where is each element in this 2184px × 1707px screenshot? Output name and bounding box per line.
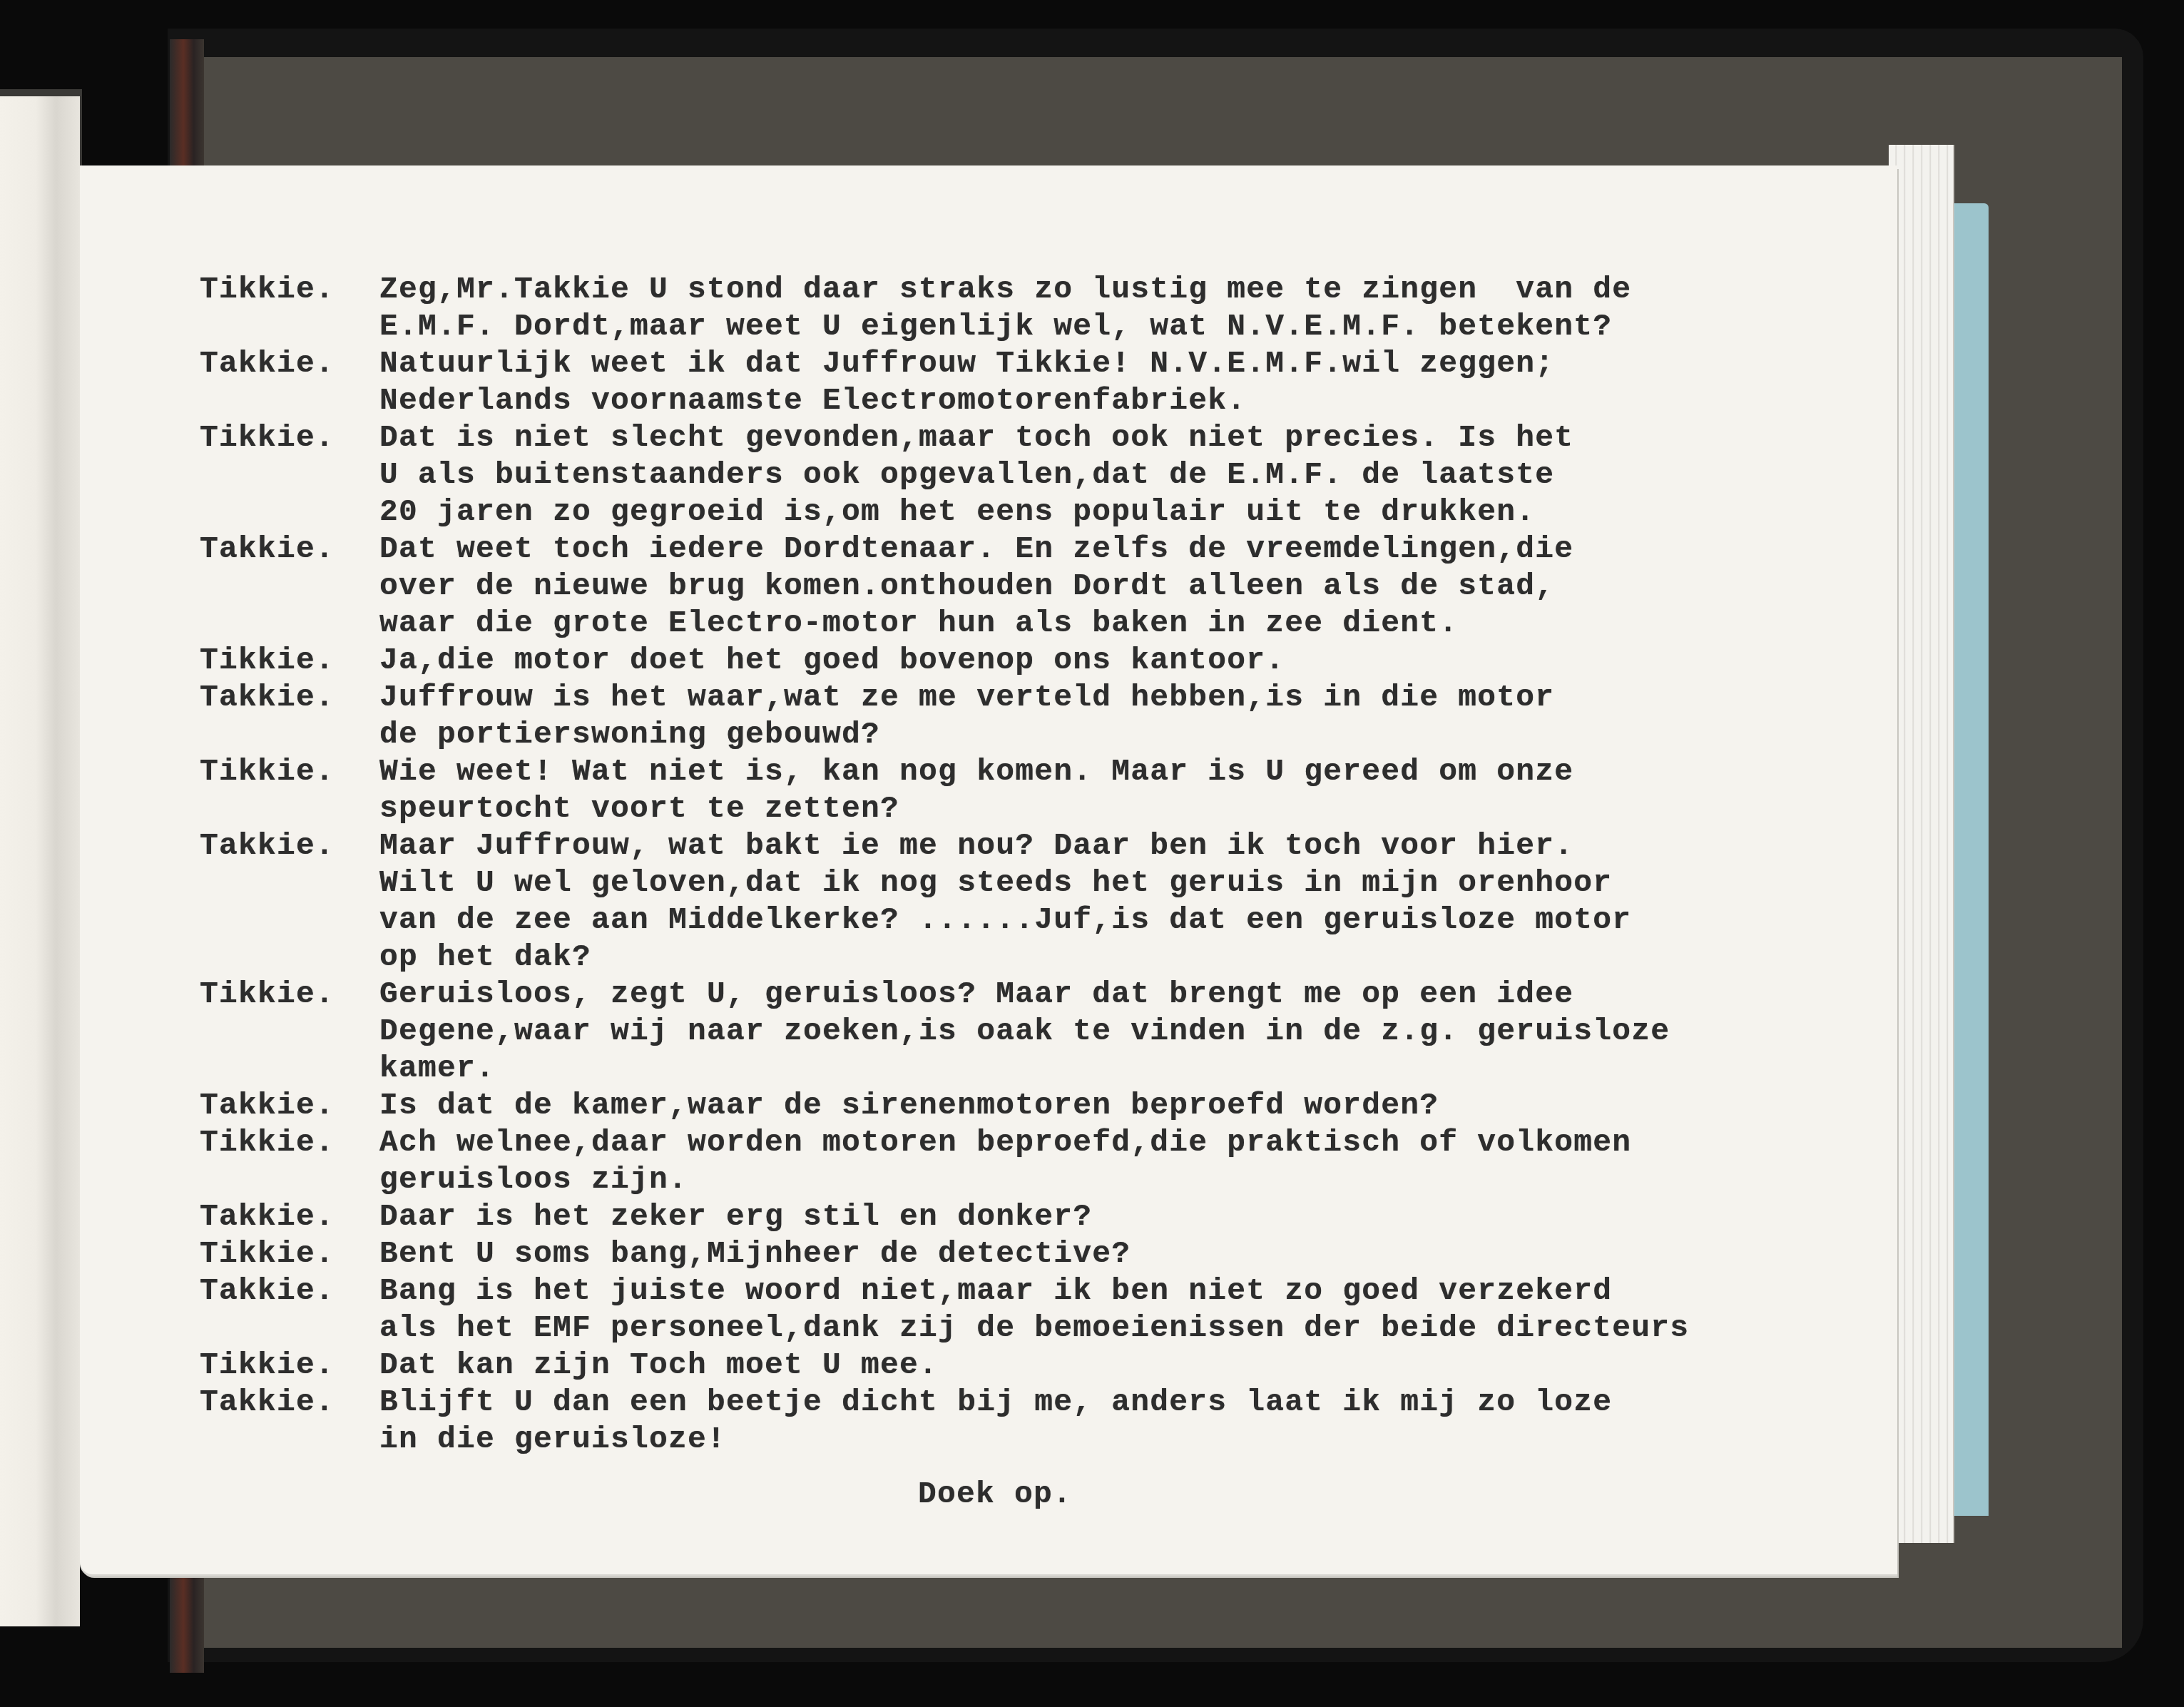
dialogue-line: Wilt U wel geloven,dat ik nog steeds het…	[200, 865, 1689, 902]
dialogue-line: geruisloos zijn.	[200, 1161, 1689, 1198]
typewritten-page: Tikkie. Zeg,Mr.Takkie U stond daar strak…	[80, 165, 1897, 1574]
dialogue-line: Daar is het zeker erg stil en donker?	[379, 1198, 1092, 1235]
dialogue-entry: Takkie. Natuurlijk weet ik dat Juffrouw …	[200, 345, 1689, 419]
dialogue-line: Wie weet! Wat niet is, kan nog komen. Ma…	[379, 753, 1573, 790]
speaker-name: Tikkie.	[200, 1235, 379, 1273]
dialogue-line: Maar Juffrouw, wat bakt ie me nou? Daar …	[379, 827, 1573, 865]
speaker-name: Takkie.	[200, 1087, 379, 1124]
dialogue-entry: Tikkie. Ja,die motor doet het goed boven…	[200, 642, 1689, 679]
dialogue-line: Juffrouw is het waar,wat ze me verteld h…	[379, 679, 1554, 716]
speaker-name: Takkie.	[200, 679, 379, 716]
speaker-name: Tikkie.	[200, 1124, 379, 1161]
dialogue-line: Ja,die motor doet het goed bovenop ons k…	[379, 642, 1285, 679]
dialogue-entry: Tikkie. Geruisloos, zegt U, geruisloos? …	[200, 976, 1689, 1087]
dialogue-entry: Tikkie. Dat kan zijn Toch moet U mee.	[200, 1347, 1689, 1384]
speaker-name: Tikkie.	[200, 271, 379, 308]
dialogue-entry: Takkie. Is dat de kamer,waar de sirenenm…	[200, 1087, 1689, 1124]
speaker-name: Takkie.	[200, 1198, 379, 1235]
dialogue-line: van de zee aan Middelkerke? ......Juf,is…	[200, 902, 1689, 939]
dialogue-line: als het EMF personeel,dank zij de bemoei…	[200, 1310, 1689, 1347]
page-stack-edges	[1889, 145, 1954, 1543]
dialogue-line: Ach welnee,daar worden motoren beproefd,…	[379, 1124, 1631, 1161]
dialogue-line: op het dak?	[200, 939, 1689, 976]
dialogue-line: kamer.	[200, 1050, 1689, 1087]
dialogue-line: Geruisloos, zegt U, geruisloos? Maar dat…	[379, 976, 1573, 1013]
speaker-name: Tikkie.	[200, 976, 379, 1013]
previous-page-edge	[0, 96, 80, 1626]
dialogue-entry: Takkie. Bang is het juiste woord niet,ma…	[200, 1273, 1689, 1347]
dialogue-entry: Takkie. Dat weet toch iedere Dordtenaar.…	[200, 531, 1689, 642]
dialogue-entry: Tikkie. Bent U soms bang,Mijnheer de det…	[200, 1235, 1689, 1273]
speaker-name: Takkie.	[200, 345, 379, 382]
dialogue-line: Is dat de kamer,waar de sirenenmotoren b…	[379, 1087, 1439, 1124]
blue-tab-divider	[1949, 203, 1989, 1516]
dialogue-entry: Takkie. Maar Juffrouw, wat bakt ie me no…	[200, 827, 1689, 976]
dialogue-line: Blijft U dan een beetje dicht bij me, an…	[379, 1384, 1612, 1421]
dialogue-line: over de nieuwe brug komen.onthouden Dord…	[200, 568, 1689, 605]
dialogue-line: Dat weet toch iedere Dordtenaar. En zelf…	[379, 531, 1573, 568]
speaker-name: Tikkie.	[200, 1347, 379, 1384]
dialogue-line: Bent U soms bang,Mijnheer de detective?	[379, 1235, 1131, 1273]
dialogue-line: Nederlands voornaamste Electromotorenfab…	[200, 382, 1689, 419]
speaker-name: Takkie.	[200, 1273, 379, 1310]
dialogue-line: Zeg,Mr.Takkie U stond daar straks zo lus…	[379, 271, 1631, 308]
speaker-name: Tikkie.	[200, 753, 379, 790]
dialogue-entry: Tikkie. Dat is niet slecht gevonden,maar…	[200, 419, 1689, 531]
speaker-name: Takkie.	[200, 1384, 379, 1421]
dialogue-entry: Tikkie. Zeg,Mr.Takkie U stond daar strak…	[200, 271, 1689, 345]
dialogue-line: speurtocht voort te zetten?	[200, 790, 1689, 827]
dialogue-line: waar die grote Electro-motor hun als bak…	[200, 605, 1689, 642]
dialogue-entry: Takkie. Blijft U dan een beetje dicht bi…	[200, 1384, 1689, 1458]
dialogue-line: Dat kan zijn Toch moet U mee.	[379, 1347, 938, 1384]
dialogue-line: Dat is niet slecht gevonden,maar toch oo…	[379, 419, 1573, 457]
dialogue-line: Natuurlijk weet ik dat Juffrouw Tikkie! …	[379, 345, 1554, 382]
dialogue-line: U als buitenstaanders ook opgevallen,dat…	[200, 457, 1689, 494]
speaker-name: Tikkie.	[200, 419, 379, 457]
speaker-name: Tikkie.	[200, 642, 379, 679]
speaker-name: Takkie.	[200, 827, 379, 865]
dialogue-entry: Tikkie. Wie weet! Wat niet is, kan nog k…	[200, 753, 1689, 827]
dialogue-entry: Takkie. Daar is het zeker erg stil en do…	[200, 1198, 1689, 1235]
dialogue-block: Tikkie. Zeg,Mr.Takkie U stond daar strak…	[200, 271, 1689, 1458]
stage-direction: Doek op.	[918, 1477, 1072, 1512]
dialogue-line: Bang is het juiste woord niet,maar ik be…	[379, 1273, 1612, 1310]
dialogue-line: E.M.F. Dordt,maar weet U eigenlijk wel, …	[200, 308, 1689, 345]
dialogue-entry: Takkie. Juffrouw is het waar,wat ze me v…	[200, 679, 1689, 753]
dialogue-line: de portierswoning gebouwd?	[200, 716, 1689, 753]
speaker-name: Takkie.	[200, 531, 379, 568]
dialogue-line: in die geruisloze!	[200, 1421, 1689, 1458]
dialogue-entry: Tikkie. Ach welnee,daar worden motoren b…	[200, 1124, 1689, 1198]
dialogue-line: Degene,waar wij naar zoeken,is oaak te v…	[200, 1013, 1689, 1050]
dialogue-line: 20 jaren zo gegroeid is,om het eens popu…	[200, 494, 1689, 531]
